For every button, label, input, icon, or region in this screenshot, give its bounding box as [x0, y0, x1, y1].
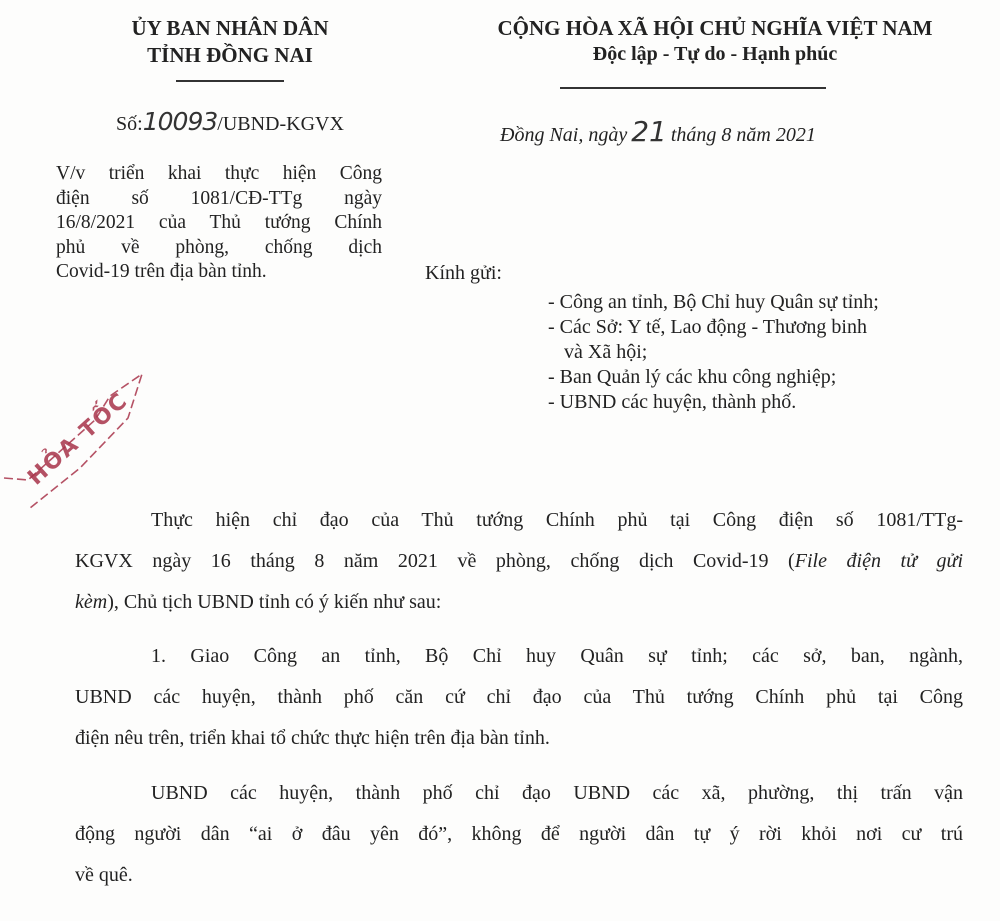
doc-number-handwritten: 10093: [143, 107, 218, 136]
subject-line: 16/8/2021 của Thủ tướng Chính: [56, 211, 382, 236]
recipients-list: - Công an tỉnh, Bộ Chỉ huy Quân sự tỉnh;…: [548, 290, 879, 415]
doc-number-prefix: Số:: [116, 113, 143, 135]
doc-number-suffix: /UBND-KGVX: [217, 113, 344, 135]
paragraph-line: về quê.: [75, 855, 963, 896]
issuing-authority-line1: ỦY BAN NHÂN DÂN: [100, 16, 360, 41]
text-run: ), Chủ tịch UBND tỉnh có ý kiến như sau:: [107, 591, 441, 613]
text-run: KGVX ngày 16 tháng 8 năm 2021 về phòng, …: [75, 550, 795, 572]
paragraph-line: 1. Giao Công an tỉnh, Bộ Chỉ huy Quân sự…: [75, 636, 963, 677]
paragraph-line: UBND các huyện, thành phố căn cứ chỉ đạo…: [75, 677, 963, 718]
paragraph-line: điện nêu trên, triển khai tổ chức thực h…: [75, 718, 963, 759]
paragraph-line: kèm), Chủ tịch UBND tỉnh có ý kiến như s…: [75, 582, 963, 623]
issuing-authority-line2: TỈNH ĐỒNG NAI: [100, 43, 360, 68]
motto-underline: [560, 87, 826, 89]
urgent-stamp: HỎA TỐC: [0, 360, 160, 510]
paragraph-line: Thực hiện chỉ đạo của Thủ tướng Chính ph…: [75, 500, 963, 541]
place-and-date: Đồng Nai, ngày21tháng 8 năm 2021: [500, 115, 816, 148]
urgent-stamp-text: HỎA TỐC: [21, 385, 134, 491]
recipient-item: - Các Sở: Y tế, Lao động - Thương binh: [548, 315, 879, 340]
subject-line: V/v triển khai thực hiện Công: [56, 162, 382, 187]
national-motto: Độc lập - Tự do - Hạnh phúc: [430, 43, 1000, 66]
recipient-item: - Ban Quản lý các khu công nghiệp;: [548, 365, 879, 390]
date-day-handwritten: 21: [631, 115, 667, 148]
attachment-note: File điện tử gửi: [795, 550, 963, 572]
subject-line: Covid-19 trên địa bàn tỉnh.: [56, 260, 382, 285]
national-title: CỘNG HÒA XÃ HỘI CHỦ NGHĨA VIỆT NAM: [430, 16, 1000, 41]
body-paragraph-2: 1. Giao Công an tỉnh, Bộ Chỉ huy Quân sự…: [75, 636, 963, 759]
body-paragraph-1: Thực hiện chỉ đạo của Thủ tướng Chính ph…: [75, 500, 963, 623]
authority-underline: [176, 80, 284, 82]
recipient-item: - UBND các huyện, thành phố.: [548, 390, 879, 415]
body-paragraph-3: UBND các huyện, thành phố chỉ đạo UBND c…: [75, 773, 963, 896]
subject-line: điện số 1081/CĐ-TTg ngày: [56, 187, 382, 212]
subject-line: phủ về phòng, chống dịch: [56, 236, 382, 261]
subject-summary: V/v triển khai thực hiện Công điện số 10…: [56, 162, 382, 285]
attachment-note: kèm: [75, 591, 107, 613]
paragraph-line: UBND các huyện, thành phố chỉ đạo UBND c…: [75, 773, 963, 814]
date-prefix: Đồng Nai, ngày: [500, 124, 627, 146]
document-number: Số:10093/UBND-KGVX: [100, 107, 360, 136]
recipient-item: - Công an tỉnh, Bộ Chỉ huy Quân sự tỉnh;: [548, 290, 879, 315]
recipient-item: và Xã hội;: [548, 340, 879, 365]
paragraph-line: động người dân “ai ở đâu yên đó”, không …: [75, 814, 963, 855]
date-suffix: tháng 8 năm 2021: [671, 124, 816, 146]
recipients-label: Kính gửi:: [425, 262, 502, 285]
paragraph-line: KGVX ngày 16 tháng 8 năm 2021 về phòng, …: [75, 541, 963, 582]
